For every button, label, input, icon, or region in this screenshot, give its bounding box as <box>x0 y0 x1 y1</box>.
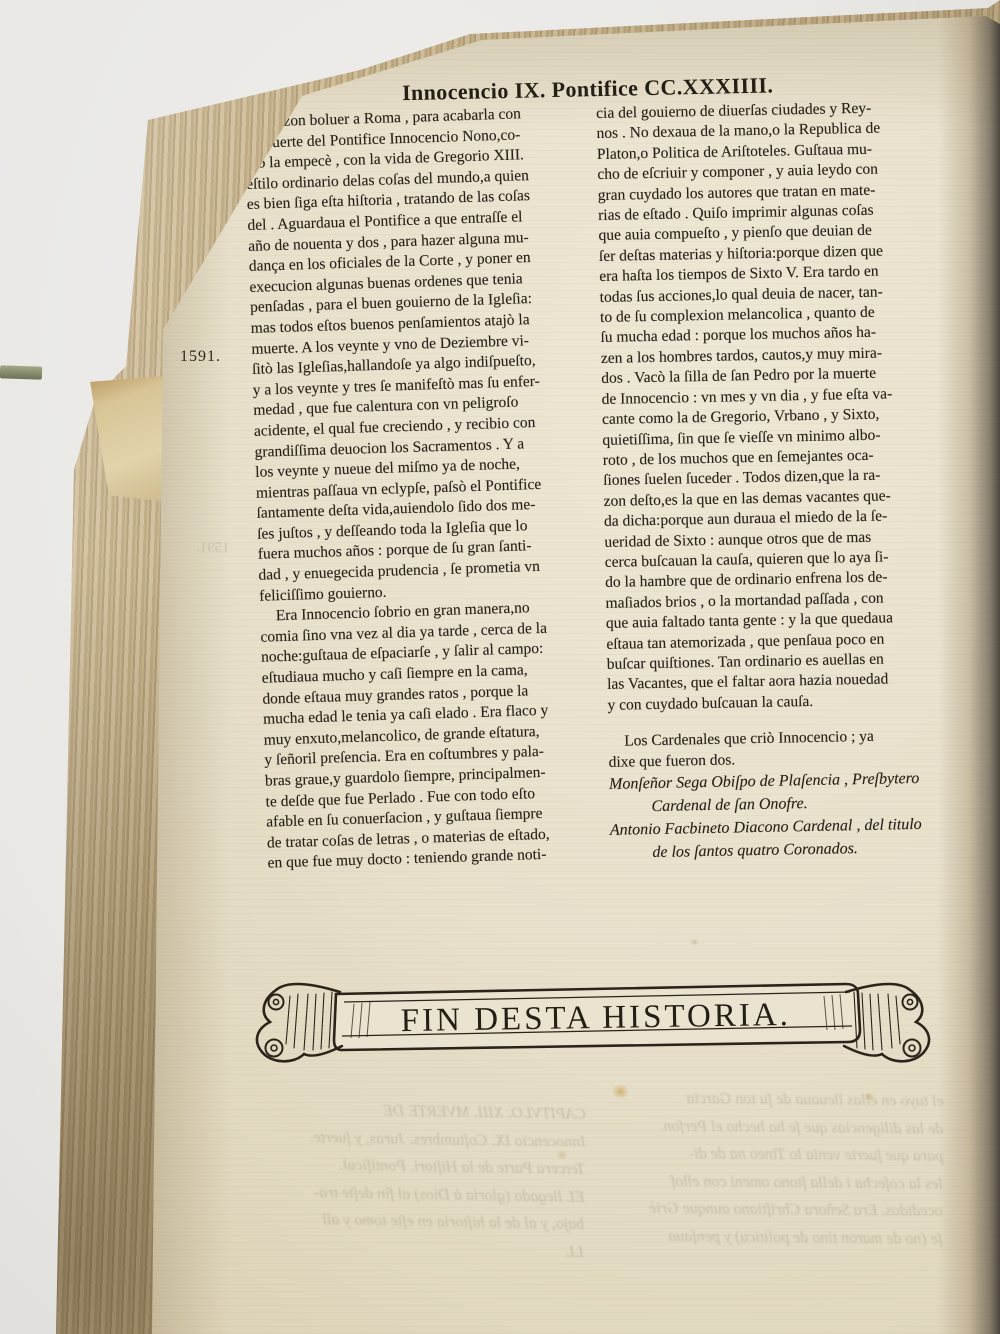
fin-banner: FIN DESTA HISTORIA. <box>238 966 948 1076</box>
foxing-spot <box>864 1092 874 1101</box>
text-line: el tuyo en ellas lleuaua de ſu ton Garci… <box>599 1084 944 1115</box>
foxing-spot <box>556 1150 568 1160</box>
right-text-column: cia del gouierno de diuerſas ciudades y … <box>596 97 959 865</box>
show-through-right: el tuyo en ellas lleuaua de ſu ton Garci… <box>597 1084 944 1253</box>
text-line: de las diligencias que ſe ha hecho el Pe… <box>598 1112 943 1143</box>
foxing-spot <box>612 1084 629 1099</box>
text-line: LL <box>249 1233 584 1266</box>
margin-year-note: 1591. <box>180 348 221 366</box>
left-text-column: ſerà razon boluer a Roma , para acabarla… <box>244 102 610 874</box>
text-line: para que ſuerte venia lo Tineo na de di- <box>598 1139 943 1170</box>
show-through-left: CAPITVLO. XIII. MVERTE DEInnocencio IX. … <box>249 1095 587 1266</box>
foxing-spot <box>690 938 699 946</box>
fin-banner-woodcut: FIN DESTA HISTORIA. <box>238 966 948 1076</box>
text-line: les la coſecha i della ſtono omeni con e… <box>598 1167 943 1198</box>
gutter-shadow <box>938 0 1000 1334</box>
book-photo: Innocencio IX. Pontifice CC.XXXIIII. 520… <box>0 0 1000 1334</box>
text-line: ſe (no de maron tino de politicu) y penſ… <box>597 1222 942 1253</box>
margin-year-show-through: 1591. <box>196 540 230 557</box>
text-line: ocedidos. Era Señora Chriſtiano aunque G… <box>597 1194 942 1225</box>
bookmark-stick <box>0 365 42 379</box>
fin-banner-text: FIN DESTA HISTORIA. <box>400 997 791 1039</box>
scroll-flourish-left <box>257 984 342 1061</box>
